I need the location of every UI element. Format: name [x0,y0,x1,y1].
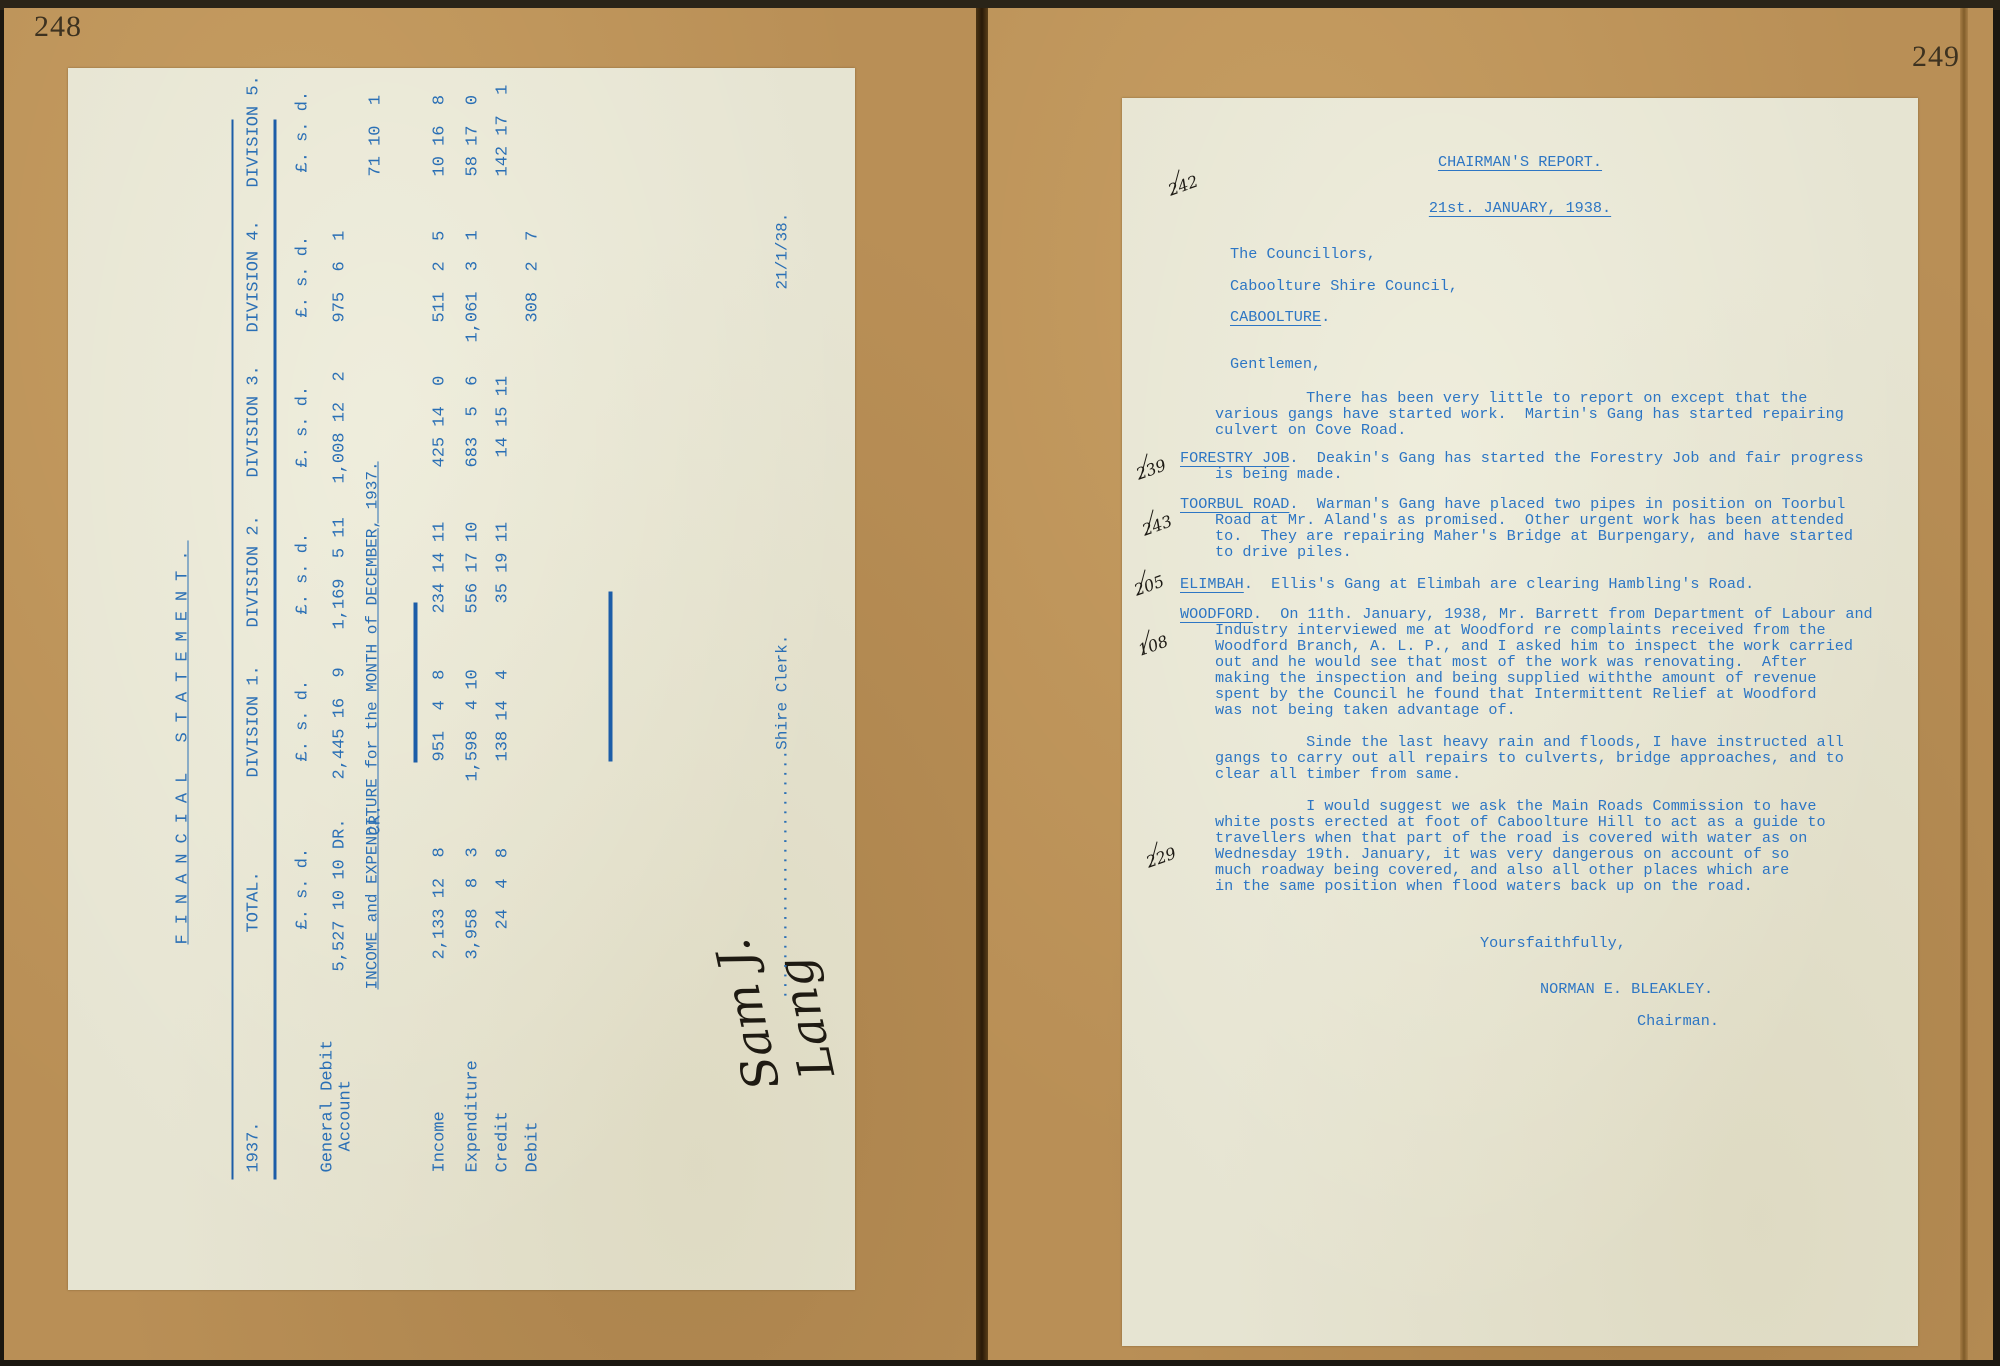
credit-division-5: 142 17 1 [494,85,513,177]
currency-division-5: £. s. d. [294,91,313,173]
posts-line-4: Wednesday 19th. January, it was very dan… [1215,846,1789,862]
statement-date: 21/1/38. [774,213,792,290]
expenditure-total: 3,958 8 3 [464,847,483,959]
clerk-signature: Sam J. Lang [682,824,814,1095]
row-label-income: Income [431,1111,450,1172]
annotation-239: 239 [1134,457,1168,482]
annotation-229: 229 [1144,845,1178,870]
income-division-5: 10 16 8 [431,95,450,177]
expenditure-division-2: 556 17 10 [464,522,483,614]
annotation-205: 205 [1132,573,1166,598]
income-expenditure-title: INCOME and EXPENDITURE for the MONTH of … [364,461,382,989]
signatory-name: NORMAN E. BLEAKLEY. [1540,981,1713,997]
floods-line-3: clear all timber from same. [1215,766,1461,782]
posts-line-3: travellers when that part of the road is… [1215,830,1807,846]
signatory-title: Chairman. [1637,1013,1719,1029]
woodford-line-4: out and he would see that most of the wo… [1215,654,1807,670]
gda-cr-division-5: 71 10 1 [367,95,386,177]
address-line-2: Caboolture Shire Council, [1230,278,1458,294]
address-line-1: The Councillors, [1230,246,1376,262]
expenditure-division-1: 1,598 4 10 [464,669,483,781]
posts-line-1: I would suggest we ask the Main Roads Co… [1215,798,1817,814]
expenditure-division-4: 1,061 3 1 [464,230,483,342]
credit-division-2: 35 19 11 [494,522,513,604]
header-rule-top [232,120,234,1180]
col-header-division-3: DIVISION 3. [245,365,264,477]
report-date: 21st. JANUARY, 1938. [1429,199,1611,217]
posts-line-5: much roadway being covered, and also all… [1215,862,1789,878]
chairmans-report: CHAIRMAN'S REPORT. 21st. JANUARY, 1938. … [1122,98,1918,1346]
financial-statement-sheet: FINANCIAL STATEMENT. 1937. TOTAL. DIVISI… [68,68,855,1290]
intro-line-1: There has been very little to report on … [1215,390,1807,406]
chairmans-report-sheet: CHAIRMAN'S REPORT. 21st. JANUARY, 1938. … [1122,98,1918,1346]
page-number-right: 249 [1912,40,1960,74]
col-header-division-4: DIVISION 4. [245,220,264,332]
floods-line-1: Sinde the last heavy rain and floods, I … [1215,734,1844,750]
income-division-2: 234 14 11 [431,522,450,614]
credit-division-3: 14 15 11 [494,376,513,458]
posts-line-2: white posts erected at foot of Cabooltur… [1215,814,1826,830]
toorbul-line-3: to. They are repairing Maher's Bridge at… [1215,528,1853,544]
shire-clerk-line: ..........................Shire Clerk. [774,635,792,1000]
woodford-line-7: was not being taken advantage of. [1215,702,1516,718]
header-rule-bottom [274,120,277,1180]
currency-division-3: £. s. d. [294,386,313,468]
elimbah-line-1: . Ellis's Gang at Elimbah are clearing H… [1244,575,1754,593]
separator-rule-1 [414,603,418,763]
income-division-3: 425 14 0 [431,376,450,468]
intro-line-3: culvert on Cove Road. [1215,422,1406,438]
toorbul-line-4: to drive piles. [1215,544,1352,560]
col-header-total: TOTAL. [245,871,264,932]
woodford-line-5: making the inspection and being supplied… [1215,670,1817,686]
gda-division-1: 2,445 16 9 [331,667,350,779]
row-label-expenditure: Expenditure [464,1060,483,1172]
currency-division-2: £. s. d. [294,533,313,615]
currency-division-1: £. s. d. [294,680,313,762]
gda-division-3: 1,008 12 2 [331,371,350,483]
page-number-left: 248 [34,10,82,44]
credit-division-1: 138 14 4 [494,670,513,762]
income-division-4: 511 2 5 [431,231,450,323]
toorbul-line-2: Road at Mr. Aland's as promised. Other u… [1215,512,1844,528]
forestry-line-1: . Deakin's Gang has started the Forestry… [1289,449,1863,467]
woodford-line-2: Industry interviewed me at Woodford re c… [1215,622,1826,638]
row-label-account: Account [337,1080,356,1151]
debit-division-4: 308 2 7 [524,231,543,323]
currency-total: £. s. d. [294,848,313,930]
row-label-general-debit: General Debit [319,1040,338,1173]
annotation-242: 242 [1166,173,1200,198]
book-gutter [976,8,988,1360]
posts-line-6: in the same position when flood waters b… [1215,878,1753,894]
statement-title: FINANCIAL STATEMENT. [174,540,193,944]
currency-division-4: £. s. d. [294,236,313,318]
gda-division-2: 1,169 5 11 [331,517,350,629]
gda-division-4: 975 6 1 [331,231,350,323]
annotation-108: 108 [1136,633,1170,658]
row-label-debit: Debit [524,1121,543,1172]
salutation: Gentlemen, [1230,356,1321,372]
floods-line-2: gangs to carry out all repairs to culver… [1215,750,1844,766]
closing: Yoursfaithfully, [1480,935,1626,951]
address-suffix: . [1321,308,1330,326]
income-total: 2,133 12 8 [431,847,450,959]
page-edge [1960,8,1968,1360]
row-label-credit: Credit [494,1111,513,1172]
address-line-3: CABOOLTURE [1230,308,1321,326]
gda-total: 5,527 10 10 DR. [331,818,350,971]
report-title: CHAIRMAN'S REPORT. [1438,153,1602,171]
forestry-line-2: is being made. [1215,466,1343,482]
col-header-division-1: DIVISION 1. [245,665,264,777]
col-header-division-2: DIVISION 2. [245,515,264,627]
financial-statement-rotated: FINANCIAL STATEMENT. 1937. TOTAL. DIVISI… [69,68,856,1290]
woodford-line-6: spent by the Council he found that Inter… [1215,686,1817,702]
separator-rule-2 [609,592,613,762]
expenditure-division-5: 58 17 0 [464,95,483,177]
col-header-division-5: DIVISION 5. [245,75,264,187]
expenditure-division-3: 683 5 6 [464,376,483,468]
heading-elimbah: ELIMBAH [1180,575,1244,593]
annotation-243: 243 [1140,513,1174,538]
income-division-1: 951 4 8 [431,670,450,762]
credit-total: 24 4 8 [494,848,513,930]
intro-line-2: various gangs have started work. Martin'… [1215,406,1844,422]
woodford-line-3: Woodford Branch, A. L. P., and I asked h… [1215,638,1853,654]
col-header-year: 1937. [245,1121,264,1172]
